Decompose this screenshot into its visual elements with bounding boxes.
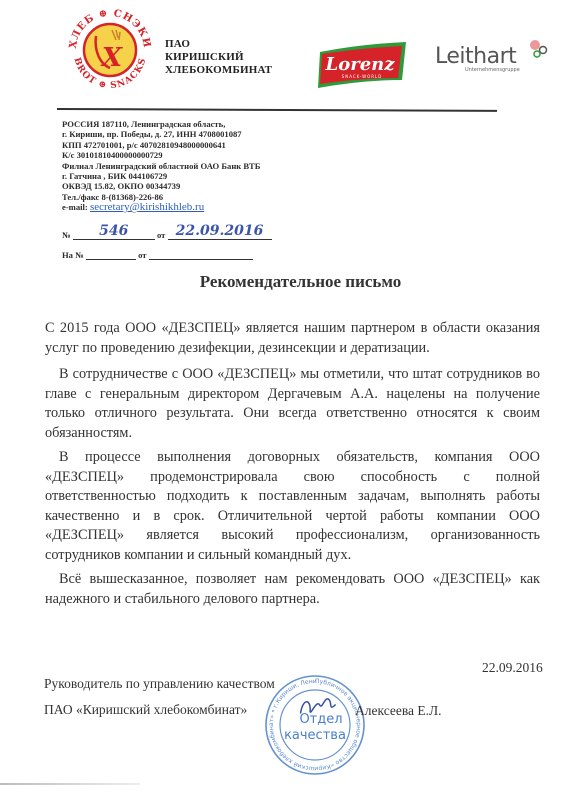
requisite-line: К/с 30101810400000000729 <box>62 150 260 160</box>
number-label: № <box>62 230 71 240</box>
stamp-icon: Публичное акционерное общество «Киришски… <box>263 673 367 777</box>
quality-department-stamp: Публичное акционерное общество «Киришски… <box>263 673 367 777</box>
reply-from-label: от <box>138 250 146 260</box>
email-label: e-mail: <box>62 202 88 212</box>
requisite-line: г. Гатчина , БИК 044106729 <box>62 171 260 181</box>
company-line: ХЛЕБОКОМБИНАТ <box>165 64 272 77</box>
kirishi-logo-icon: ХЛЕБ ⊕ СНЭКИ BROT ⊕ SNACKS Х <box>66 6 154 94</box>
requisite-line: ОКВЭД 15.82, ОКПО 00344739 <box>62 181 260 191</box>
handwritten-signature <box>296 690 340 726</box>
letter-paragraph-3: В процессе выполнения договорных обязате… <box>45 448 540 566</box>
company-requisites: РОССИЯ 187110, Ленинградская область, г.… <box>62 119 260 213</box>
page-edge-shadow <box>0 783 140 785</box>
company-line: ПАО <box>165 38 272 51</box>
letter-paragraph-1: С 2015 года ООО «ДЕЗСПЕЦ» является нашим… <box>45 319 540 358</box>
svg-text:SNACK-WORLD: SNACK-WORLD <box>342 74 383 79</box>
leithart-logo: Leithart Unternehmensgruppe <box>435 44 520 73</box>
svg-text:Lorenz: Lorenz <box>325 54 396 75</box>
requisite-line: РОССИЯ 187110, Ленинградская область, <box>62 119 260 129</box>
letter-paragraph-4: Всё вышесказанное, позволяет нам рекомен… <box>45 570 540 609</box>
company-name: ПАО КИРИШСКИЙ ХЛЕБОКОМБИНАТ <box>165 38 272 77</box>
header-divider <box>57 108 497 112</box>
lorenz-logo-icon: Lorenz SNACK-WORLD <box>316 40 408 90</box>
letter-title: Рекомендательное письмо <box>0 272 561 292</box>
lorenz-logo: Lorenz SNACK-WORLD <box>316 40 408 90</box>
svg-text:Х: Х <box>100 43 124 73</box>
signer-name: Алексеева Е.Л. <box>355 703 442 719</box>
signature-scribble-icon <box>296 690 339 721</box>
requisite-line: г. Кириши, пр. Победы, д. 27, ИНН 470800… <box>62 129 260 139</box>
number-value: 546 <box>99 223 128 239</box>
signer-position: Руководитель по управлению качеством <box>44 676 275 692</box>
requisite-line: КПП 472701001, р/с 40702810948000000641 <box>62 140 260 150</box>
date-value: 22.09.2016 <box>176 223 264 239</box>
email-link[interactable]: secretary@kirishikhleb.ru <box>90 201 204 213</box>
leithart-wordmark: Leithart <box>435 44 516 69</box>
requisite-line: Филиал Ленинградский областной ОАО Банк … <box>62 161 260 171</box>
letter-paragraph-2: В сотрудничестве с ООО «ДЕЗСПЕЦ» мы отме… <box>45 365 540 443</box>
company-line: КИРИШСКИЙ <box>165 51 272 64</box>
signer-company: ПАО «Киришский хлебокомбинат» <box>44 702 247 718</box>
from-label: от <box>157 230 165 240</box>
reply-number-label: На № <box>62 250 84 260</box>
svg-text:качества: качества <box>284 728 346 743</box>
kirishi-logo: ХЛЕБ ⊕ СНЭКИ BROT ⊕ SNACKS Х <box>66 6 154 94</box>
leithart-circles-icon <box>527 38 549 60</box>
signature-date: 22.09.2016 <box>482 660 543 676</box>
registration-row: № 546 от 22.09.2016 На № от <box>62 223 272 260</box>
